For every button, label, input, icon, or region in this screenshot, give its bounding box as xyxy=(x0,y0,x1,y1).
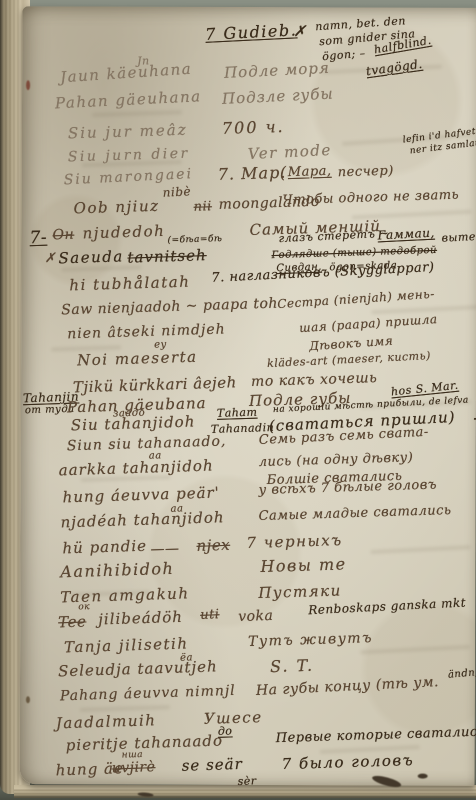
handwriting-fragment: Tjikü kürkkari âejeh xyxy=(73,373,237,396)
handwriting-fragment: 7. наглазниковъ (Skygglappar) xyxy=(211,260,435,286)
handwriting-fragment: то какъ хочешь xyxy=(251,370,378,390)
handwriting-fragment: Он xyxy=(52,227,74,244)
handwriting-fragment: pieritje tahanaado xyxy=(65,731,223,754)
handwriting-fragment: 7. Мар. xyxy=(217,163,286,184)
handwriting-fragment: Siu tahanjidoh xyxy=(71,412,196,434)
handwriting-fragment: 7 Gudieb. xyxy=(205,20,298,43)
handwriting-fragment: Дѣвокъ имя xyxy=(309,334,394,354)
handwriting-fragment: S. T. xyxy=(270,656,315,676)
handwriting-fragment: njex xyxy=(196,536,230,555)
handwriting-fragment: Ver mode xyxy=(247,141,332,163)
handwriting-fragment: se seär xyxy=(181,755,243,775)
handwriting-fragment: aarkka tahanjidoh xyxy=(58,456,213,479)
handwriting-fragment: njadéah tahanjidoh xyxy=(60,508,225,531)
handwriting-fragment: Jaun käeuhana xyxy=(60,60,193,87)
handwriting-fragment: Ушесе xyxy=(204,708,263,728)
handwriting-fragment: Первые которые сватались xyxy=(276,725,476,747)
handwriting-fragment: tavnitseh xyxy=(127,246,207,266)
handwriting-fragment: Годлядше (тыше) тедоброй xyxy=(271,245,437,261)
handwriting-fragment: Saw nienjaadoh ~ paapa toh xyxy=(61,296,278,319)
handwriting-fragment: вытеръ xyxy=(441,229,476,244)
handwriting-fragment: шая (paapa) пришла xyxy=(299,312,438,335)
handwriting-fragment: klädes-art (maeser, кисть) xyxy=(267,349,431,370)
handwriting-fragment: Siu jur meâz xyxy=(68,121,188,143)
handwriting-fragment: nii xyxy=(193,199,212,215)
handwriting-fragment: Noi maeserta xyxy=(77,348,198,370)
handwriting-fragment: Гаммаи, xyxy=(377,226,435,243)
handwriting-fragment: На губы концу (тѣ ум. xyxy=(256,674,440,699)
handwriting-fragment: ёа xyxy=(180,652,193,663)
manuscript-photo: 7 Gudieb.✗namn, bet. densom gnider sinaö… xyxy=(0,0,476,800)
handwriting-fragment: Oob njiuz xyxy=(73,197,159,218)
handwriting-fragment: Tee xyxy=(58,612,87,631)
handwriting-fragment: hi tubhålatah xyxy=(69,273,191,295)
handwriting-fragment: 700 ч. xyxy=(222,117,285,138)
handwriting-fragment: hü pandie xyxy=(62,537,147,558)
handwriting-fragment: 7 было головъ xyxy=(281,751,414,773)
handwriting-fragment: —— xyxy=(150,541,179,558)
handwriting-fragment: Saeuda xyxy=(58,247,124,267)
handwriting-fragment: Tanja jilisetih xyxy=(64,634,189,656)
handwriting-fragment: nibè xyxy=(162,184,191,199)
handwriting-fragment: Подзле губы xyxy=(222,84,334,107)
handwriting-fragment: Pahang áeuvva nimnjl xyxy=(60,683,236,705)
handwriting-fragment: (=бѣа=бѣ xyxy=(167,234,222,246)
handwriting-fragment: Мара, xyxy=(288,164,332,180)
handwriting-fragment: Pahan gäeuhana xyxy=(55,87,202,112)
handwriting-fragment: uvjirè xyxy=(111,759,155,776)
handwriting-fragment: Самые младые сватались xyxy=(258,503,451,524)
handwriting-fragment: sèr xyxy=(237,774,256,788)
handwriting-fragment: hung áeuvva peär' xyxy=(62,483,220,506)
bleedthrough-mark xyxy=(370,545,470,554)
handwriting-fragment: 7- xyxy=(29,228,47,249)
handwriting-fragment: аа xyxy=(149,450,162,461)
handwriting-fragment: Подле моря xyxy=(224,59,331,82)
ink-stain xyxy=(26,80,30,90)
handwriting-fragment: Aanihibidoh xyxy=(60,559,175,582)
handwriting-fragment: песчер) xyxy=(338,164,394,181)
handwriting-fragment: лись (на одну дѣвку) xyxy=(259,450,414,470)
handwriting-fragment: ок xyxy=(78,602,90,612)
handwriting-fragment: Таham xyxy=(217,406,258,420)
handwriting-fragment: ändn) xyxy=(448,667,476,681)
handwriting-fragment: Новы те xyxy=(260,554,347,576)
handwriting-fragment: Siun siu tahanaado, xyxy=(67,433,227,454)
handwriting-fragment: ( xyxy=(279,163,286,182)
bleedthrough-mark xyxy=(92,110,182,117)
handwriting-fragment: Чтобы одного не звать xyxy=(282,188,459,209)
handwriting-fragment: Jaadalmuih xyxy=(56,711,157,732)
handwriting-fragment: njudedoh xyxy=(82,222,165,243)
handwriting-fragment: ✗ xyxy=(44,251,56,266)
handwriting-fragment: jilibeádöh xyxy=(98,608,183,629)
bleedthrough-mark xyxy=(360,645,470,654)
handwriting-fragment: Пустяки xyxy=(258,581,342,602)
handwriting-fragment: ✗ xyxy=(293,22,306,40)
manuscript-page: 7 Gudieb.✗namn, bet. densom gnider sinaö… xyxy=(20,6,476,786)
handwriting-fragment: еу xyxy=(154,339,167,350)
ink-stain xyxy=(418,774,428,779)
handwriting-fragment: uti xyxy=(200,607,220,623)
handwriting-fragment: Seleudja taavutjeh xyxy=(58,657,218,680)
handwriting-fragment: Тутъ живутъ xyxy=(248,630,373,650)
handwriting-fragment: tvagögd. xyxy=(365,57,423,79)
handwriting-fragment: nien âtseki nimdjeh xyxy=(67,321,226,342)
handwriting-fragment: voka xyxy=(238,608,274,625)
ink-stain xyxy=(26,696,30,703)
handwriting-fragment: 7 черныхъ xyxy=(246,531,343,552)
